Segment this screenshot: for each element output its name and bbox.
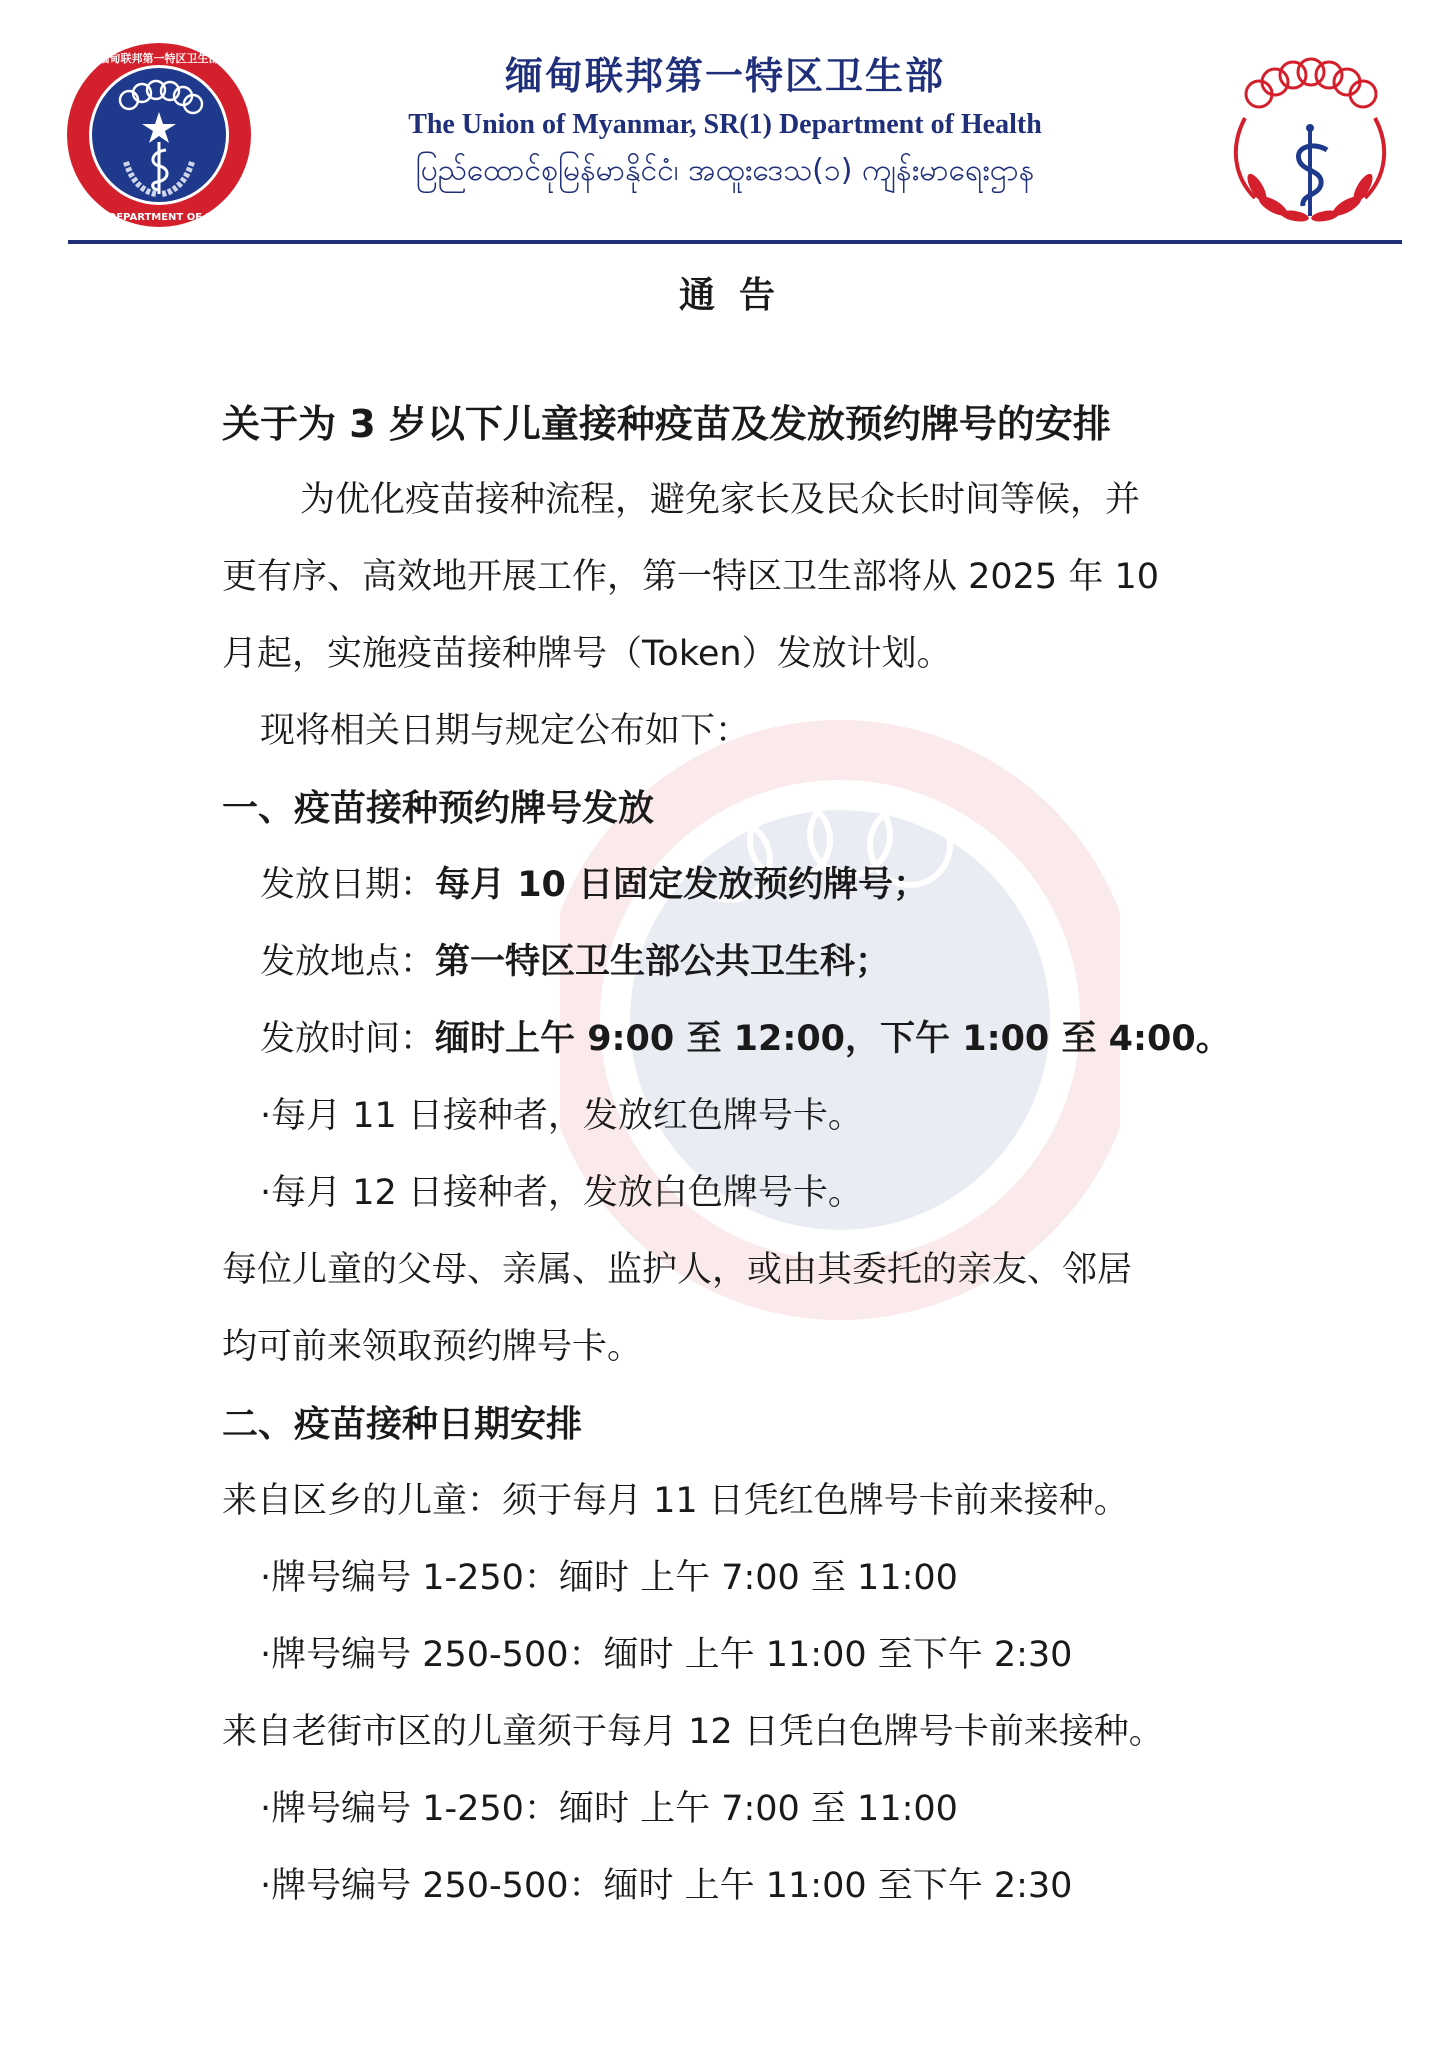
rural-slot-2: ·牌号编号 250-500：缅时 上午 11:00 至下午 2:30 [222,1617,1232,1694]
red-card-bullet: ·每月 11 日接种者，发放红色牌号卡。 [222,1078,1232,1155]
svg-text:SR(1), DEPARTMENT OF HEALTH: SR(1), DEPARTMENT OF HEALTH [70,212,249,223]
urban-children-intro: 来自老街市区的儿童须于每月 12 日凭白色牌号卡前来接种。 [222,1694,1232,1771]
svg-text:缅甸联邦第一特区卫生部: 缅甸联邦第一特区卫生部 [99,51,220,65]
section-2-heading: 二、疫苗接种日期安排 [222,1386,1232,1463]
issue-time-label: 发放时间： [260,1019,435,1059]
urban-slot-1: ·牌号编号 1-250：缅时 上午 7:00 至 11:00 [222,1771,1232,1848]
caduceus-rings-logo [1215,38,1405,228]
notice-body: 通告 关于为 3 岁以下儿童接种疫苗及发放预约牌号的安排 为优化疫苗接种流程，避… [222,260,1232,1925]
urban-slot-2: ·牌号编号 250-500：缅时 上午 11:00 至下午 2:30 [222,1848,1232,1925]
issue-time-row: 发放时间：缅时上午 9:00 至 12:00，下午 1:00 至 4:00。 [222,1001,1232,1078]
collection-note-line-2: 均可前来领取预约牌号卡。 [222,1309,1232,1386]
issue-date-value: 每月 10 日固定发放预约牌号； [435,865,928,905]
issue-date-row: 发放日期：每月 10 日固定发放预约牌号； [222,847,1232,924]
intro-line-4: 现将相关日期与规定公布如下： [222,693,1232,770]
intro-line-3: 月起，实施疫苗接种牌号（Token）发放计划。 [222,616,1232,693]
issue-time-value: 缅时上午 9:00 至 12:00，下午 1:00 至 4:00。 [435,1019,1231,1059]
org-name-english: The Union of Myanmar, SR(1) Department o… [330,104,1120,146]
intro-line-1: 为优化疫苗接种流程，避免家长及民众长时间等候，并 [222,462,1232,539]
issue-date-label: 发放日期： [260,865,435,905]
intro-line-2: 更有序、高效地开展工作，第一特区卫生部将从 2025 年 10 [222,539,1232,616]
notice-heading: 通告 [222,266,1232,326]
org-name-burmese: ပြည်ထောင်စုမြန်မာနိုင်ငံ၊ အထူးဒေသ(၁) ကျန… [330,148,1120,194]
department-emblem-logo: 缅甸联邦第一特区卫生部 SR(1), DEPARTMENT OF HEALTH [66,42,252,228]
issue-location-value: 第一特区卫生部公共卫生科； [435,942,890,982]
white-card-bullet: ·每月 12 日接种者，发放白色牌号卡。 [222,1155,1232,1232]
issue-location-row: 发放地点：第一特区卫生部公共卫生科； [222,924,1232,1001]
rural-children-intro: 来自区乡的儿童：须于每月 11 日凭红色牌号卡前来接种。 [222,1463,1232,1540]
issue-location-label: 发放地点： [260,942,435,982]
collection-note-line-1: 每位儿童的父母、亲属、监护人，或由其委托的亲友、邻居 [222,1232,1232,1309]
org-name-chinese: 缅甸联邦第一特区卫生部 [330,50,1120,102]
document-title: 关于为 3 岁以下儿童接种疫苗及发放预约牌号的安排 [222,394,1232,454]
rural-slot-1: ·牌号编号 1-250：缅时 上午 7:00 至 11:00 [222,1540,1232,1617]
letterhead: 缅甸联邦第一特区卫生部 SR(1), DEPARTMENT OF HEALTH … [0,0,1448,250]
organization-name-block: 缅甸联邦第一特区卫生部 The Union of Myanmar, SR(1) … [330,50,1120,194]
section-1-heading: 一、疫苗接种预约牌号发放 [222,770,1232,847]
header-divider [68,240,1402,244]
